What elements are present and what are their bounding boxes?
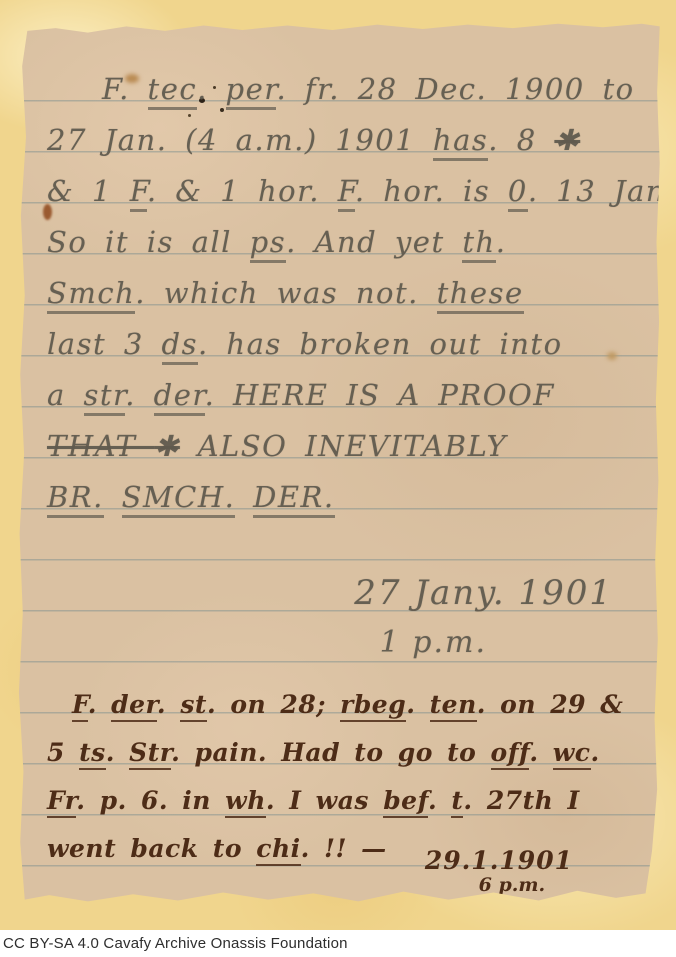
word: . on 28;	[207, 690, 340, 719]
word: . 27th I	[463, 786, 579, 815]
underlined-word: th	[462, 225, 495, 263]
word: .	[496, 225, 507, 259]
word: . HERE IS A PROOF	[205, 378, 555, 412]
word: .	[106, 738, 129, 767]
handwritten-line: last 3 ds. has broken out into	[47, 319, 647, 370]
word: . pain. Had to go to	[171, 738, 490, 767]
pencil-note-block: F. tec. per. fr. 28 Dec. 1900 to27 Jan. …	[47, 64, 647, 523]
underlined-word: ds	[162, 327, 198, 365]
underlined-word: tec	[148, 72, 198, 110]
handwritten-line: Fr. p. 6. in wh. I was bef. t. 27th I	[47, 777, 647, 825]
handwriting-area: F. tec. per. fr. 28 Dec. 1900 to27 Jan. …	[17, 22, 661, 904]
word: . on 29 &	[477, 690, 624, 719]
handwritten-line: 5 ts. Str. pain. Had to go to off. wc.	[47, 729, 647, 777]
word: 27 Jan. (4 a.m.) 1901	[47, 123, 433, 157]
word: last 3	[47, 327, 162, 361]
word: a	[47, 378, 84, 412]
word: So it is all	[47, 225, 250, 259]
underlined-word: F	[338, 174, 355, 212]
handwritten-line: Smch. which was not. these	[47, 268, 647, 319]
signoff-date: 29.1.1901	[425, 848, 573, 874]
handwritten-line: 27 Jan. (4 a.m.) 1901 has. 8 ✱	[47, 115, 647, 166]
underlined-word: has	[433, 123, 488, 161]
underlined-word: str	[84, 378, 126, 416]
word: .	[428, 786, 451, 815]
word: .	[88, 690, 111, 719]
word: . fr. 28 Dec. 1900 to	[276, 72, 634, 106]
signoff-time: 6 p.m.	[425, 874, 573, 896]
struck-word: ✱	[154, 429, 180, 463]
word: .	[406, 690, 429, 719]
manuscript-sheet: F. tec. per. fr. 28 Dec. 1900 to27 Jan. …	[17, 22, 661, 904]
underlined-word: BR.	[47, 480, 104, 518]
date-block: 27 Jany. 1901 1 p.m.	[47, 568, 647, 667]
date-line: 27 Jany. 1901	[47, 568, 647, 619]
underlined-word: der	[154, 378, 205, 416]
word: . 8	[488, 123, 554, 157]
underlined-word: Smch	[47, 276, 135, 314]
word: . hor. is	[355, 174, 508, 208]
word: .	[197, 72, 225, 106]
word: . And yet	[286, 225, 462, 259]
underlined-word: DER.	[253, 480, 334, 518]
underlined-word: F	[72, 690, 88, 722]
handwritten-line: F. der. st. on 28; rbeg. ten. on 29 &	[47, 681, 647, 729]
word: .	[591, 738, 600, 767]
word: & 1	[47, 174, 130, 208]
underlined-word: ts	[79, 738, 106, 770]
underlined-word: ps	[250, 225, 286, 263]
underlined-word: rbeg	[340, 690, 406, 722]
signoff-block: 29.1.1901 6 p.m.	[425, 848, 573, 896]
handwritten-line: & 1 F. & 1 hor. F. hor. is 0. 13 Jan.	[47, 166, 647, 217]
handwritten-line: BR. SMCH. DER.	[47, 472, 647, 523]
handwritten-line: THAT ✱ ALSO INEVITABLY	[47, 421, 647, 472]
underlined-word: wh	[225, 786, 266, 818]
word: . & 1 hor.	[147, 174, 338, 208]
attribution-bar: CC BY-SA 4.0 Cavafy Archive Onassis Foun…	[0, 930, 676, 957]
word: .	[529, 738, 552, 767]
word: F.	[102, 72, 148, 106]
time-line: 1 p.m.	[47, 619, 647, 667]
word	[104, 480, 122, 514]
underlined-word: chi	[256, 834, 300, 866]
handwritten-line: a str. der. HERE IS A PROOF	[47, 370, 647, 421]
handwritten-line: So it is all ps. And yet th.	[47, 217, 647, 268]
word: went back to	[47, 834, 256, 863]
ink-note-block: F. der. st. on 28; rbeg. ten. on 29 &5 t…	[47, 681, 647, 873]
struck-word: THAT	[47, 429, 154, 463]
underlined-word: wc	[553, 738, 591, 770]
struck-word: ✱	[554, 123, 580, 157]
underlined-word: bef	[383, 786, 428, 818]
word: . !! —	[301, 834, 387, 863]
underlined-word: per	[226, 72, 277, 110]
word: .	[125, 378, 153, 412]
scanned-document: F. tec. per. fr. 28 Dec. 1900 to27 Jan. …	[0, 0, 676, 957]
underlined-word: F	[130, 174, 147, 212]
underlined-word: ten	[430, 690, 477, 722]
underlined-word: SMCH.	[122, 480, 236, 518]
word	[235, 480, 253, 514]
word: 5	[47, 738, 79, 767]
underlined-word: Fr	[47, 786, 76, 818]
attribution-text: CC BY-SA 4.0 Cavafy Archive Onassis Foun…	[0, 935, 348, 952]
word: . I was	[266, 786, 383, 815]
word: . has broken out into	[198, 327, 563, 361]
underlined-word: off	[491, 738, 530, 770]
word: .	[157, 690, 180, 719]
word: . which was not.	[135, 276, 436, 310]
underlined-word: der	[111, 690, 157, 722]
underlined-word: Str	[129, 738, 171, 770]
word: ALSO INEVITABLY	[180, 429, 507, 463]
underlined-word: 0	[508, 174, 528, 212]
underlined-word: t	[451, 786, 463, 818]
word: . p. 6. in	[76, 786, 225, 815]
word: . 13 Jan.	[528, 174, 676, 208]
underlined-word: st	[180, 690, 207, 722]
underlined-word: these	[437, 276, 524, 314]
handwritten-line: F. tec. per. fr. 28 Dec. 1900 to	[47, 64, 647, 115]
